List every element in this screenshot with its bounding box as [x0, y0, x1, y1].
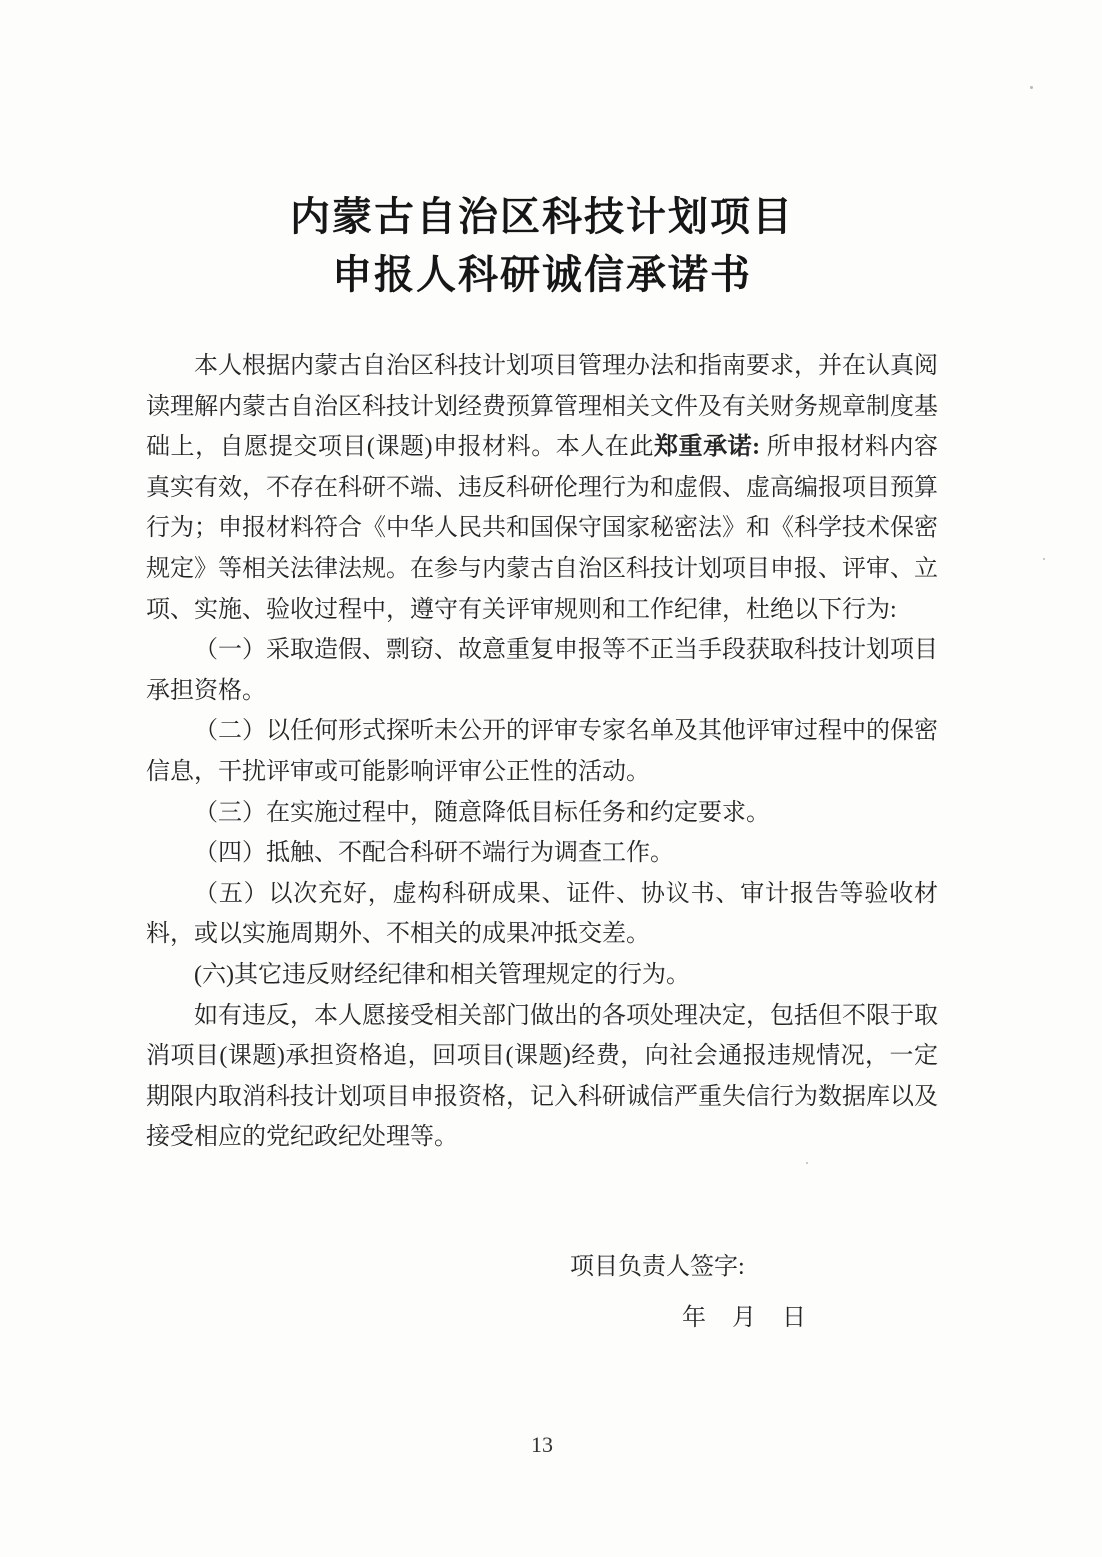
list-item-4: （四）抵触、不配合科研不端行为调查工作。	[146, 833, 938, 874]
document-body: 本人根据内蒙古自治区科技计划项目管理办法和指南要求，并在认真阅读理解内蒙古自治区…	[146, 346, 938, 1158]
intro-solemn-promise: 郑重承诺:	[654, 434, 760, 460]
list-item-2: （二）以任何形式探听未公开的评审专家名单及其他评审过程中的保密信息，干扰评审或可…	[146, 711, 938, 792]
list-item-6: (六)其它违反财经纪律和相关管理规定的行为。	[146, 955, 938, 996]
paragraph-closing: 如有违反，本人愿接受相关部门做出的各项处理决定，包括但不限于取消项目(课题)承担…	[146, 996, 938, 1158]
list-item-5: （五）以次充好，虚构科研成果、证件、协议书、审计报告等验收材料，或以实施周期外、…	[146, 874, 938, 955]
scan-speck-icon	[806, 1162, 808, 1164]
signature-label: 项目负责人签字:	[570, 1246, 807, 1281]
scan-speck-icon	[1030, 86, 1033, 89]
scan-speck-icon	[1043, 558, 1045, 560]
list-item-1: （一）采取造假、剽窃、故意重复申报等不正当手段获取科技计划项目承担资格。	[146, 630, 938, 711]
document-title: 内蒙古自治区科技计划项目 申报人科研诚信承诺书	[146, 188, 938, 304]
list-item-3: （三）在实施过程中，随意降低目标任务和约定要求。	[146, 793, 938, 834]
document-title-line-1: 内蒙古自治区科技计划项目	[146, 188, 938, 246]
page-number: 13	[146, 1432, 938, 1458]
document-page: 内蒙古自治区科技计划项目 申报人科研诚信承诺书 本人根据内蒙古自治区科技计划项目…	[0, 0, 1102, 1557]
signature-date-line: 年 月 日	[570, 1297, 807, 1332]
paragraph-intro: 本人根据内蒙古自治区科技计划项目管理办法和指南要求，并在认真阅读理解内蒙古自治区…	[146, 346, 938, 630]
intro-text-after: 所申报材料内容真实有效，不存在科研不端、违反科研伦理行为和虚假、虚高编报项目预算…	[146, 434, 938, 622]
document-title-line-2: 申报人科研诚信承诺书	[146, 246, 938, 304]
signature-block: 项目负责人签字: 年 月 日	[570, 1246, 807, 1332]
